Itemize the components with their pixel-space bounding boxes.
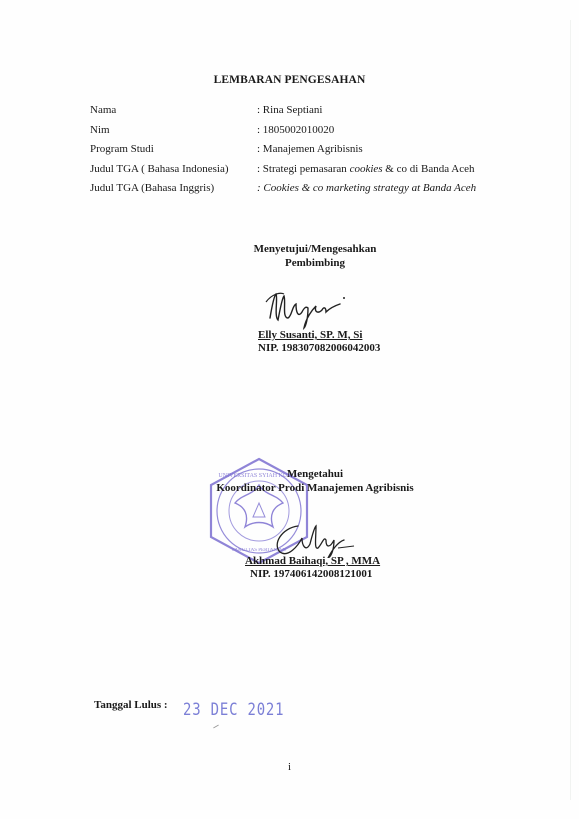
info-label: Judul TGA (Bahasa Inggris) <box>90 179 214 199</box>
info-value: : Cookies & co marketing strategy at Ban… <box>257 179 476 199</box>
approval-role: Pembimbing <box>230 256 400 270</box>
page-number: i <box>0 761 579 773</box>
info-label: Nama <box>90 101 116 121</box>
acknowledgement-role: Koordinator Prodi Manajemen Agribisnis <box>205 481 425 495</box>
supervisor-name: Elly Susanti, SP. M, Si <box>258 329 362 341</box>
info-value: : 1805002010020 <box>257 121 334 141</box>
info-label: Program Studi <box>90 140 154 160</box>
value-prefix: : Strategi pemasaran <box>257 163 350 175</box>
value-italic: cookies <box>350 163 383 175</box>
coordinator-nip: NIP. 197406142008121001 <box>250 568 372 580</box>
graduation-date-stamp: 23 DEC 2021 <box>183 700 284 720</box>
signature-icon <box>262 288 352 330</box>
pen-mark <box>213 725 219 729</box>
graduation-date-label: Tanggal Lulus : <box>94 699 168 711</box>
scan-edge <box>570 20 571 800</box>
supervisor-nip: NIP. 198307082006042003 <box>258 342 380 354</box>
acknowledgement-heading: Mengetahui <box>205 467 425 481</box>
info-label: Judul TGA ( Bahasa Indonesia) <box>90 160 229 180</box>
info-value: : Manajemen Agribisnis <box>257 140 363 160</box>
info-label: Nim <box>90 121 110 141</box>
page-title: LEMBARAN PENGESAHAN <box>0 74 579 86</box>
coordinator-name: Akhmad Baihaqi, SP , MMA <box>245 555 380 567</box>
value-italic: : Cookies & co marketing strategy at Ban… <box>257 182 476 194</box>
approval-heading: Menyetujui/Mengesahkan <box>230 242 400 256</box>
info-value: : Rina Septiani <box>257 101 322 121</box>
acknowledgement-heading-block: Mengetahui Koordinator Prodi Manajemen A… <box>205 467 425 495</box>
info-value: : Strategi pemasaran cookies & co di Ban… <box>257 160 475 180</box>
value-suffix: & co di Banda Aceh <box>383 163 475 175</box>
signature-icon <box>268 518 358 558</box>
document-page: LEMBARAN PENGESAHAN Nama : Rina Septiani… <box>0 0 579 819</box>
approval-heading-block: Menyetujui/Mengesahkan Pembimbing <box>230 242 400 270</box>
